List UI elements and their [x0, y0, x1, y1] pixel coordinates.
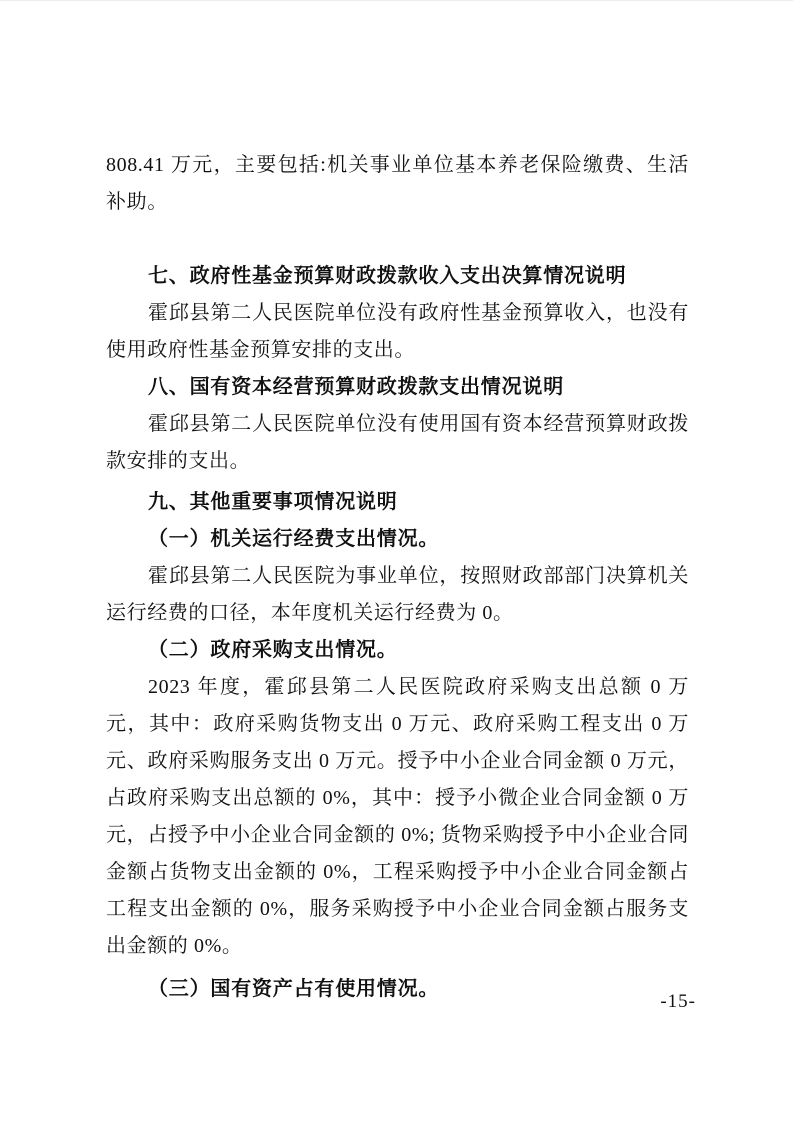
section-9-sub-1-heading: （一）机关运行经费支出情况。	[106, 521, 689, 558]
section-9-sub-2-paragraph: 2023 年度，霍邱县第二人民医院政府采购支出总额 0 万元，其中：政府采购货物…	[106, 669, 689, 965]
page-number: -15-	[106, 992, 696, 1012]
section-9-sub-2-heading: （二）政府采购支出情况。	[106, 632, 689, 669]
document-page: 808.41 万元，主要包括:机关事业单位基本养老保险缴费、生活补助。 七、政府…	[0, 0, 793, 1123]
section-7-paragraph: 霍邱县第二人民医院单位没有政府性基金预算收入，也没有使用政府性基金预算安排的支出…	[106, 295, 689, 369]
section-7-heading: 七、政府性基金预算财政拨款收入支出决算情况说明	[106, 258, 689, 295]
section-9-sub-1-paragraph: 霍邱县第二人民医院为事业单位，按照财政部部门决算机关运行经费的口径，本年度机关运…	[106, 558, 689, 632]
section-8-heading: 八、国有资本经营预算财政拨款支出情况说明	[106, 369, 689, 406]
paragraph-pension-continuation: 808.41 万元，主要包括:机关事业单位基本养老保险缴费、生活补助。	[106, 147, 689, 221]
section-9-heading: 九、其他重要事项情况说明	[106, 484, 689, 521]
section-8-paragraph: 霍邱县第二人民医院单位没有使用国有资本经营预算财政拨款安排的支出。	[106, 406, 689, 480]
page-content: 808.41 万元，主要包括:机关事业单位基本养老保险缴费、生活补助。 七、政府…	[106, 147, 689, 1008]
